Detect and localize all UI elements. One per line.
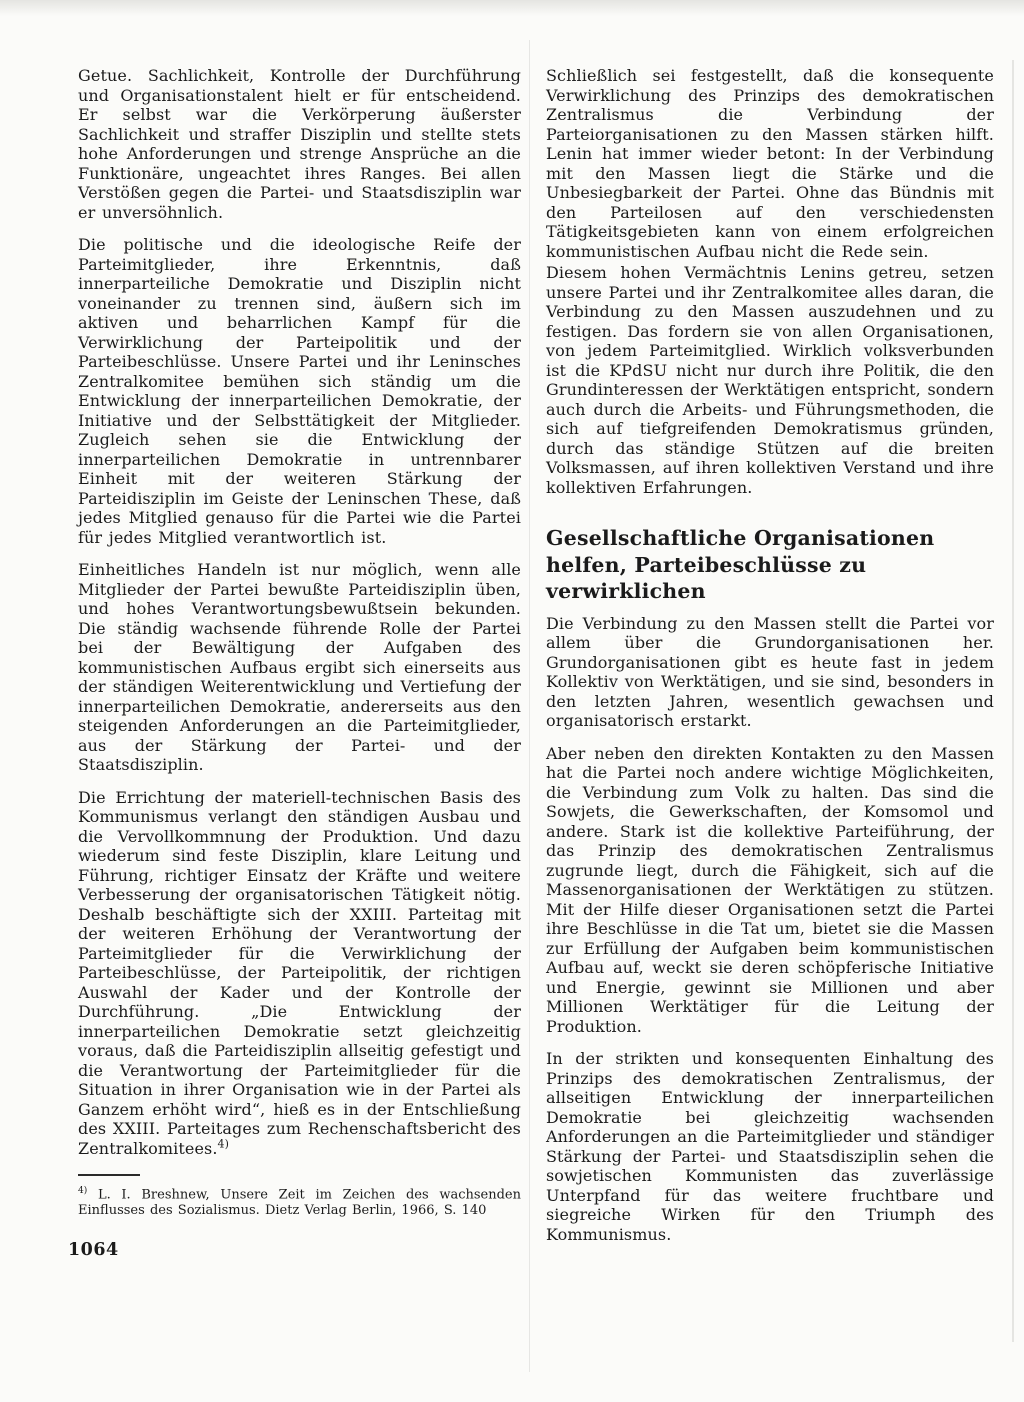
paragraph: Die politische und die ideologische Reif… [78, 235, 521, 547]
footnote-ref: 4) [218, 1137, 230, 1150]
page-number: 1064 [68, 1240, 521, 1260]
scanned-document-page: Getue. Sachlichkeit, Kontrolle der Durch… [0, 0, 1024, 1402]
footnote-text: 4) L. I. Breshnew, Unsere Zeit im Zeiche… [78, 1184, 521, 1218]
scan-edge-artifact-right [1012, 60, 1014, 1342]
paragraph: Getue. Sachlichkeit, Kontrolle der Durch… [78, 66, 521, 222]
paragraph: In der strikten und konsequenten Einhalt… [546, 1049, 994, 1244]
paragraph-text: Die Errichtung der materiell-technischen… [78, 788, 521, 1158]
paragraph: Diesem hohen Vermächtnis Lenins getreu, … [546, 263, 994, 497]
paragraph: Die Errichtung der materiell-technischen… [78, 788, 521, 1159]
paragraph: Einheitliches Handeln ist nur möglich, w… [78, 560, 521, 775]
section-heading: Gesellschaftliche Organisationen helfen,… [546, 525, 994, 605]
paragraph: Die Verbindung zu den Massen stellt die … [546, 614, 994, 731]
footnote: 4) L. I. Breshnew, Unsere Zeit im Zeiche… [78, 1174, 521, 1218]
page-content: Getue. Sachlichkeit, Kontrolle der Durch… [78, 66, 994, 1260]
footnote-body: L. I. Breshnew, Unsere Zeit im Zeichen d… [78, 1187, 521, 1218]
footnote-rule [78, 1174, 140, 1176]
footnote-marker: 4) [78, 1186, 87, 1196]
scan-edge-artifact [0, 0, 1024, 16]
left-column: Getue. Sachlichkeit, Kontrolle der Durch… [78, 66, 521, 1260]
paragraph: Aber neben den direkten Kontakten zu den… [546, 744, 994, 1037]
right-column: Schließlich sei festgestellt, daß die ko… [546, 66, 994, 1260]
paragraph: Schließlich sei festgestellt, daß die ko… [546, 66, 994, 261]
